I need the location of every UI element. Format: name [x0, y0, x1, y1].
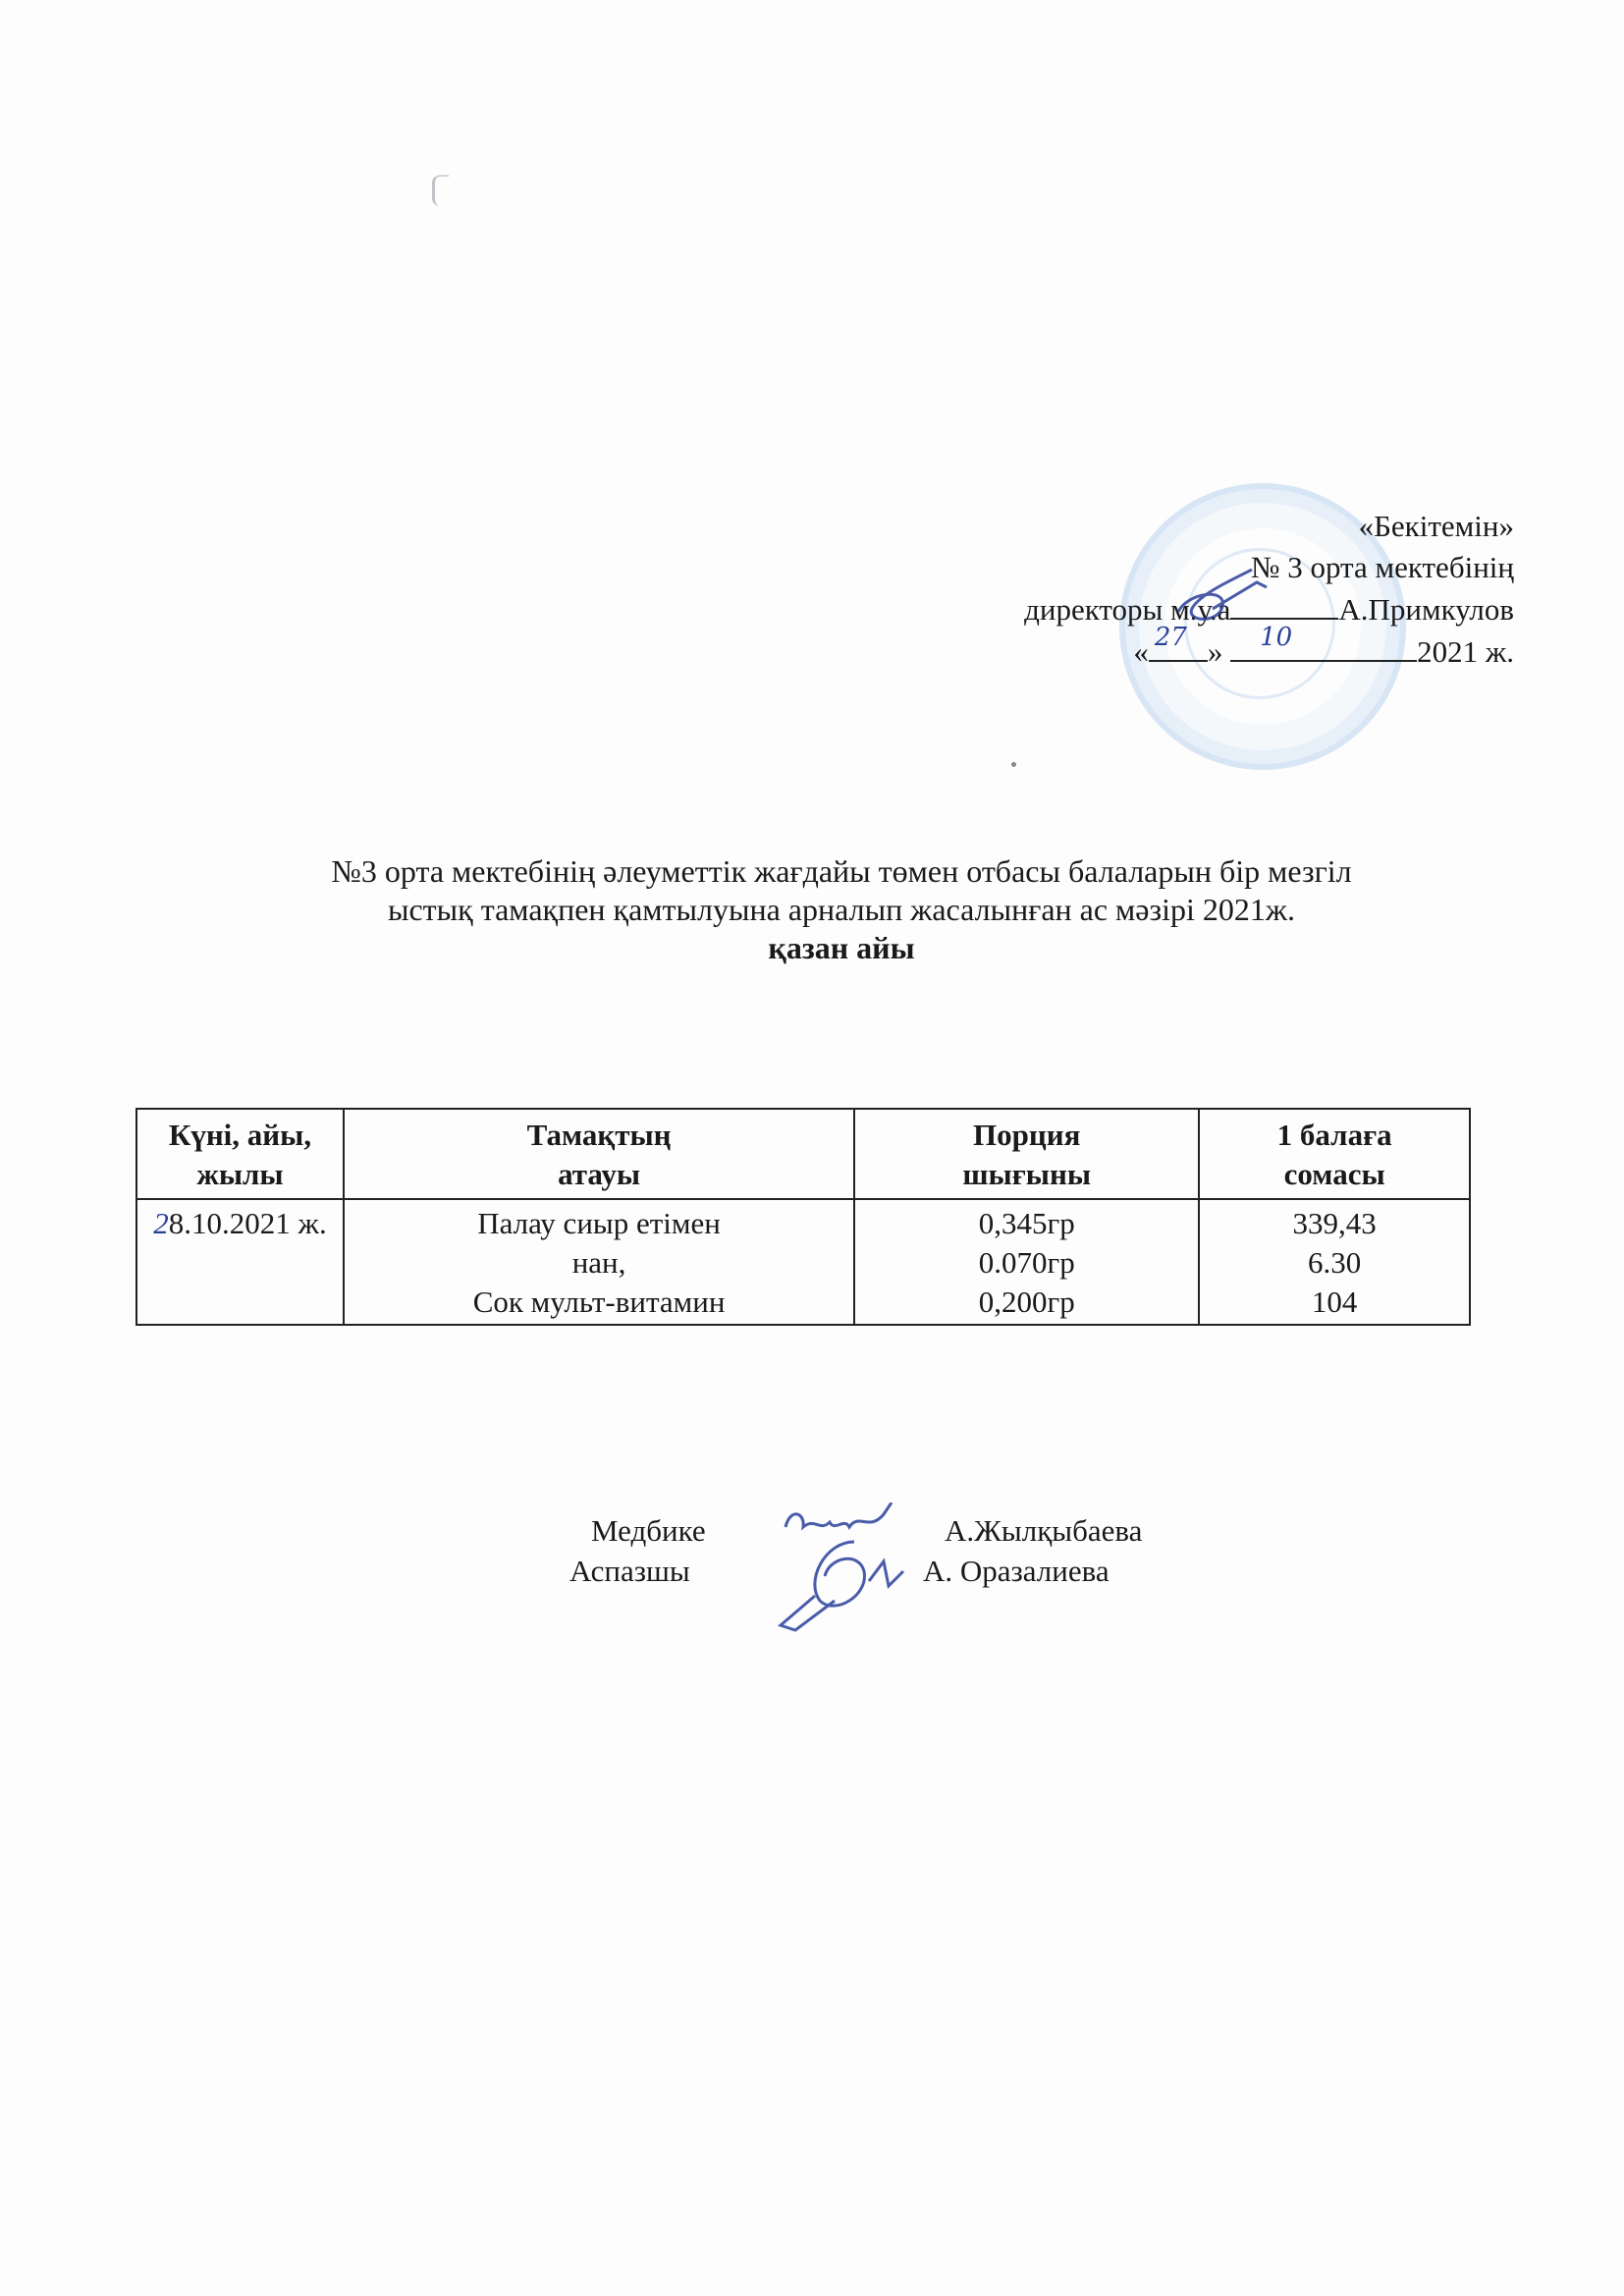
dish-price: 104: [1206, 1283, 1463, 1322]
scan-dot: [1011, 762, 1016, 767]
document-title: №3 орта мектебінің әлеуметтік жағдайы тө…: [0, 852, 1624, 967]
handwritten-signatures-icon: [776, 1503, 923, 1640]
date-quote-open: «: [1133, 634, 1149, 669]
dish-price: 6.30: [1206, 1243, 1463, 1283]
date-year: 2021 ж.: [1417, 634, 1514, 669]
date-printed: 8.10.2021 ж.: [169, 1206, 327, 1240]
title-month: қазан айы: [59, 929, 1624, 967]
approval-heading: «Бекітемін»: [1024, 506, 1514, 547]
menu-table: Күні, айы,жылы Тамақтыңатауы Порцияшығын…: [135, 1108, 1471, 1326]
cell-dishes: Палау сиыр етімен нан, Сок мульт-витамин: [344, 1199, 854, 1325]
cell-date: 28.10.2021 ж.: [136, 1199, 344, 1325]
dish-name: нан,: [351, 1243, 847, 1283]
title-line-1: №3 орта мектебінің әлеуметтік жағдайы тө…: [59, 852, 1624, 891]
approval-date-line: «27» 102021 ж.: [1024, 630, 1514, 673]
dish-name: Палау сиыр етімен: [351, 1204, 847, 1243]
signer-role: Медбике: [569, 1510, 797, 1551]
table-row: 28.10.2021 ж. Палау сиыр етімен нан, Сок…: [136, 1199, 1470, 1325]
dish-name: Сок мульт-витамин: [351, 1283, 847, 1322]
table-header-row: Күні, айы,жылы Тамақтыңатауы Порцияшығын…: [136, 1109, 1470, 1199]
signer-role: Аспазшы: [569, 1551, 797, 1591]
header-dish-name: Тамақтыңатауы: [344, 1109, 854, 1199]
dish-portion: 0.070гр: [861, 1243, 1192, 1283]
dish-portion: 0,345гр: [861, 1204, 1192, 1243]
director-signature-icon: [1168, 568, 1276, 627]
header-date: Күні, айы,жылы: [136, 1109, 344, 1199]
title-line-2: ыстық тамақпен қамтылуына арналып жасалы…: [59, 891, 1624, 929]
date-day-field: 27: [1149, 630, 1208, 662]
cell-prices: 339,43 6.30 104: [1199, 1199, 1470, 1325]
director-name: А.Примкулов: [1338, 592, 1514, 627]
scan-artifact: [432, 175, 449, 206]
date-quote-close: »: [1208, 634, 1223, 669]
header-portion: Порцияшығыны: [854, 1109, 1199, 1199]
date-handwritten-digit: 2: [153, 1206, 169, 1240]
cell-portions: 0,345гр 0.070гр 0,200гр: [854, 1199, 1199, 1325]
date-month-field: 10: [1230, 630, 1417, 662]
dish-portion: 0,200гр: [861, 1283, 1192, 1322]
dish-price: 339,43: [1206, 1204, 1463, 1243]
header-price-per-child: 1 балағасомасы: [1199, 1109, 1470, 1199]
